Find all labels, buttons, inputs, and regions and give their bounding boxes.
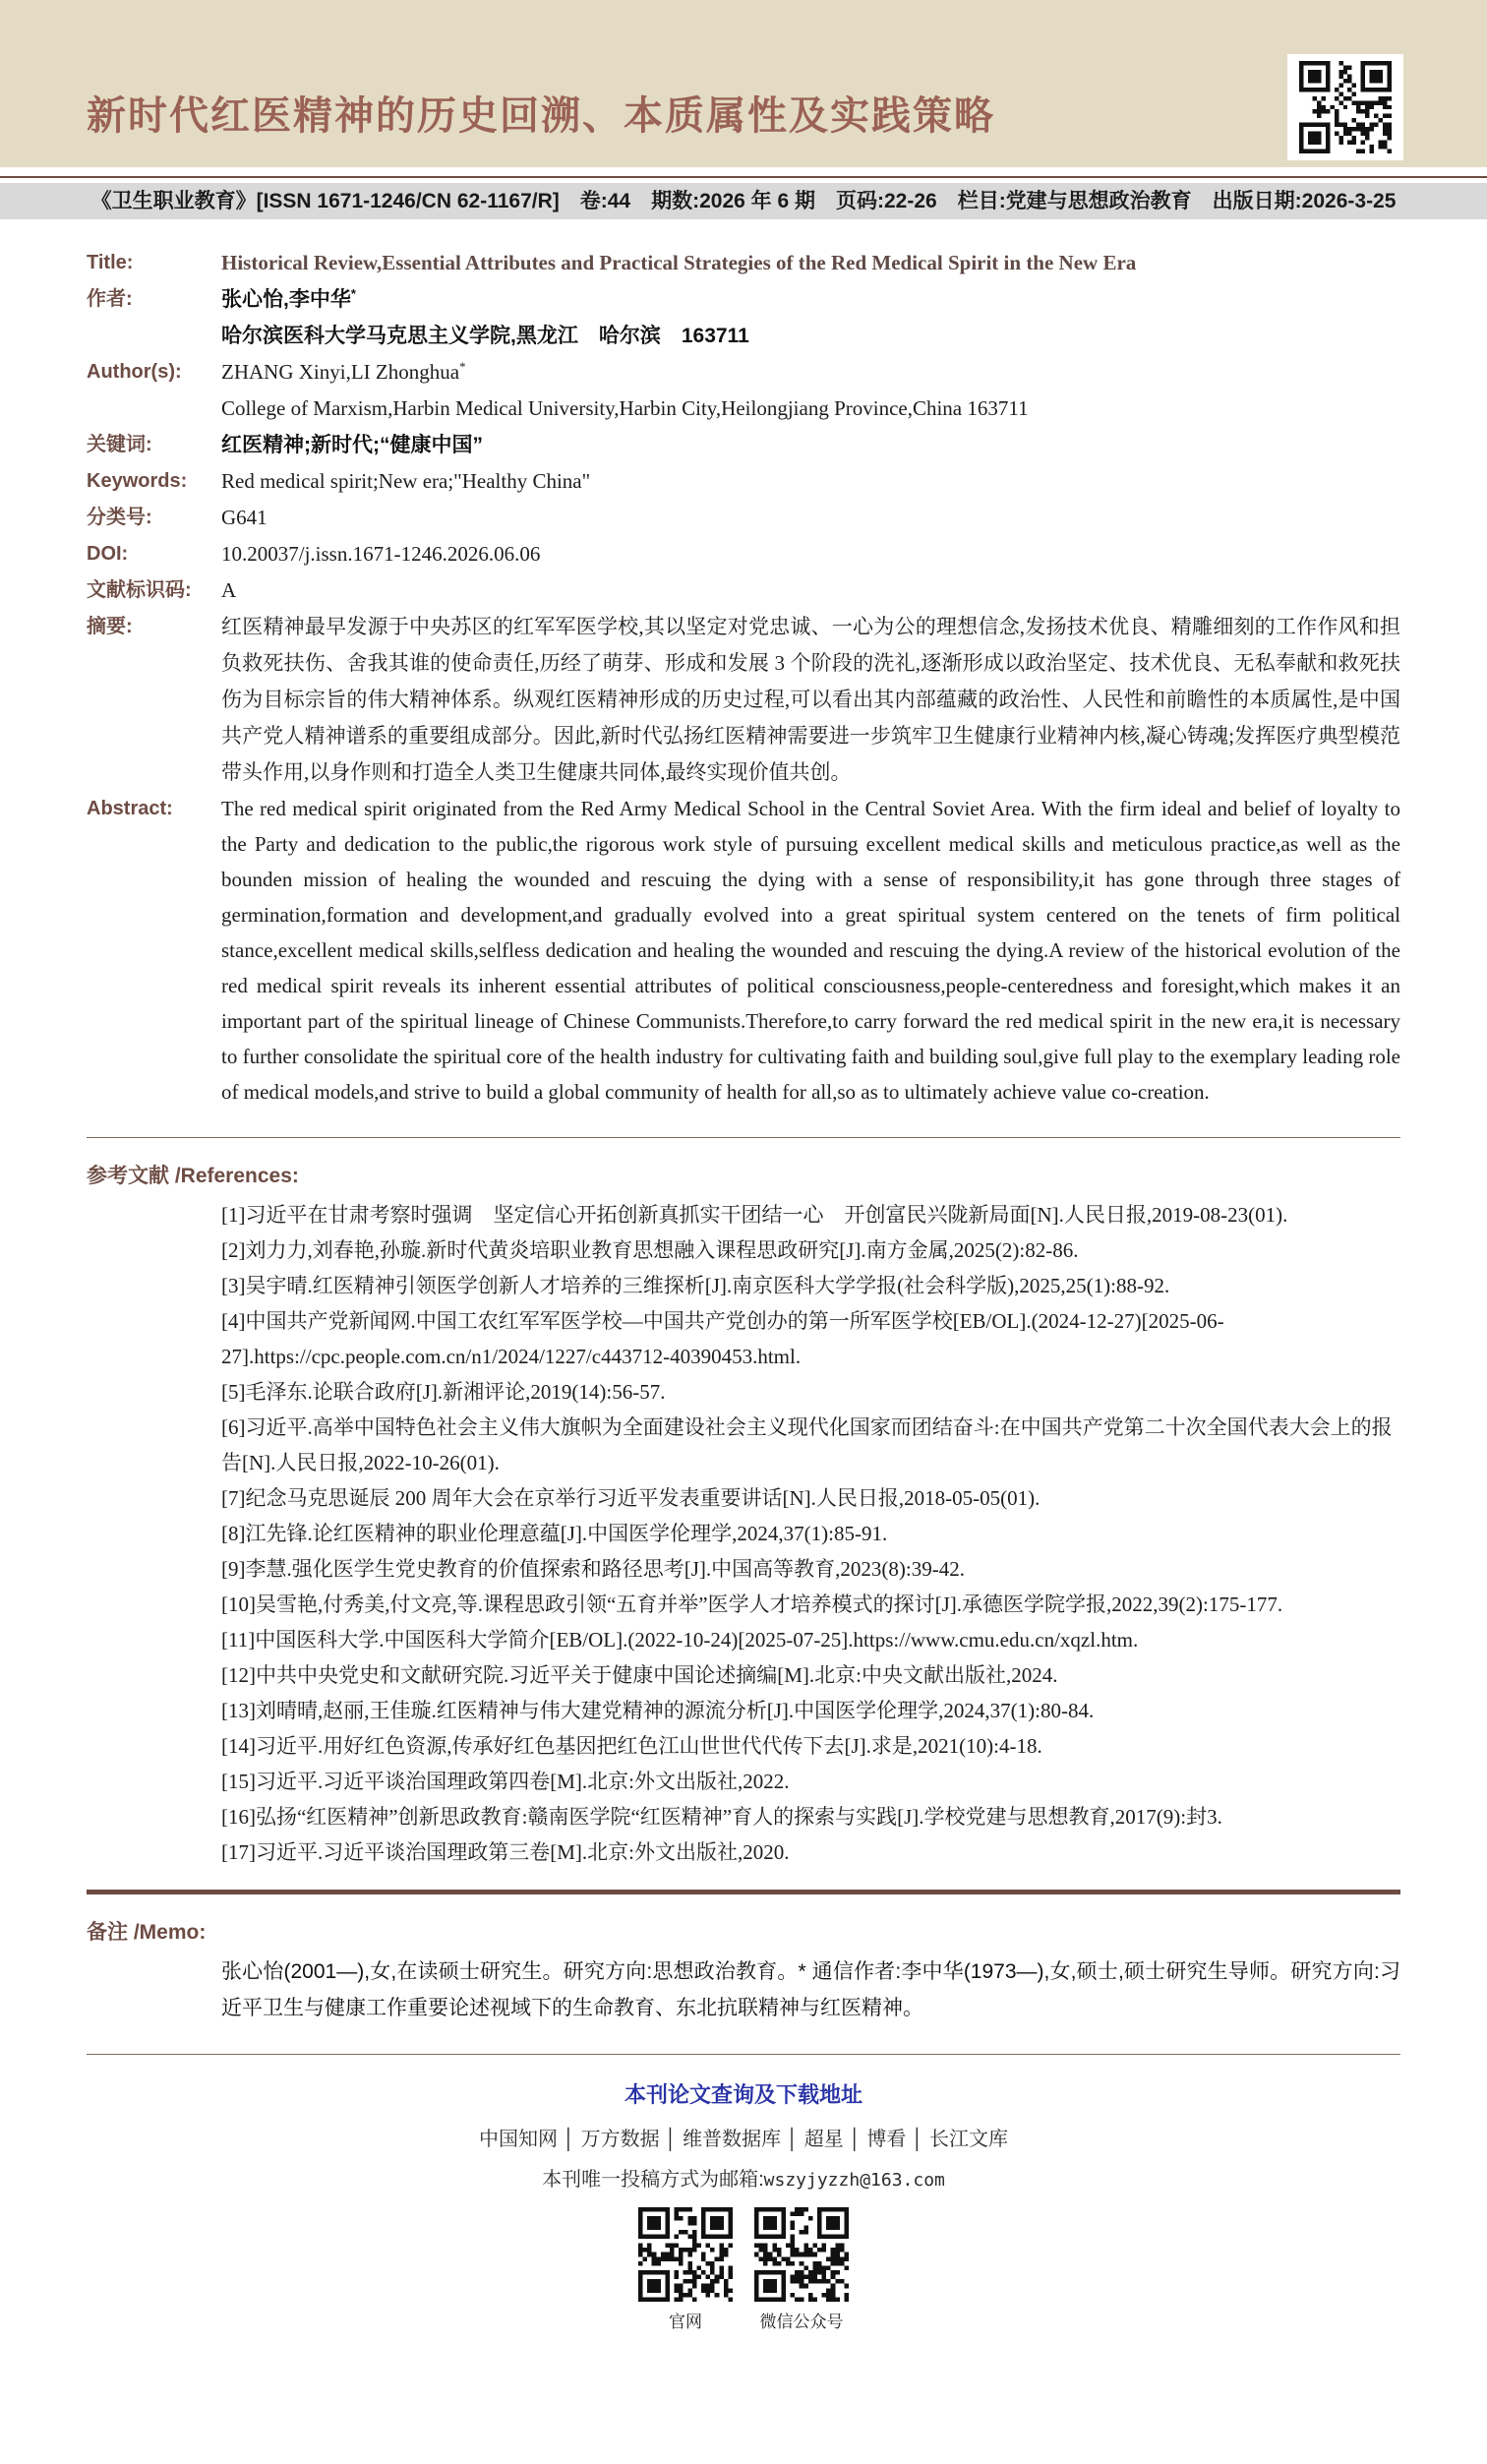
memo-divider-thick [87,1890,1400,1894]
reference-item: [7]纪念马克思诞辰 200 周年大会在京举行习近平发表重要讲话[N].人民日报… [221,1480,1400,1516]
meta-label-classification: 分类号: [87,500,221,536]
doi-value: 10.20037/j.issn.1671-1246.2026.06.06 [221,536,1400,572]
meta-row-authors-cn: 作者: 张心怡,李中华* 哈尔滨医科大学马克思主义学院,黑龙江 哈尔滨 1637… [87,281,1400,354]
meta-label-authors-en: Author(s): [87,354,221,391]
footer-qr-site: 官网 [638,2207,733,2332]
meta-row-keywords-cn: 关键词: 红医精神;新时代;“健康中国” [87,427,1400,463]
authors-en: ZHANG Xinyi,LI Zhonghua* [221,354,1400,391]
memo-heading: 备注 /Memo: [87,1916,1400,1946]
meta-row-title: Title: Historical Review,Essential Attri… [87,245,1400,281]
reference-item: [5]毛泽东.论联合政府[J].新湘评论,2019(14):56-57. [221,1374,1400,1410]
reference-item: [4]中国共产党新闻网.中国工农红军军医学校—中国共产党创办的第一所军医学校[E… [221,1303,1400,1374]
wechat-qr-label: 微信公众号 [754,2308,849,2332]
memo-text: 张心怡(2001—),女,在读硕士研究生。研究方向:思想政治教育。* 通信作者:… [87,1953,1400,2026]
document-code: A [221,572,1400,609]
site-qr-label: 官网 [638,2308,733,2332]
abstract-en: The red medical spirit originated from t… [221,791,1400,1110]
article-title: 新时代红医精神的历史回溯、本质属性及实践策略 [87,85,995,141]
meta-row-abstract-cn: 摘要: 红医精神最早发源于中央苏区的红军军医学校,其以坚定对党忠诚、一心为公的理… [87,609,1400,791]
meta-row-doi: DOI: 10.20037/j.issn.1671-1246.2026.06.0… [87,536,1400,572]
meta-label-document-code: 文献标识码: [87,572,221,609]
meta-label-keywords-en: Keywords: [87,463,221,500]
reference-item: [15]习近平.习近平谈治国理政第四卷[M].北京:外文出版社,2022. [221,1764,1400,1799]
reference-item: [14]习近平.用好红色资源,传承好红色基因把红色江山世世代代传下去[J].求是… [221,1728,1400,1764]
meta-row-authors-en: Author(s): ZHANG Xinyi,LI Zhonghua* Coll… [87,354,1400,427]
footer-email-prefix: 本刊唯一投稿方式为邮箱: [542,2169,764,2191]
meta-label-authors-cn: 作者: [87,281,221,318]
affiliation-cn: 哈尔滨医科大学马克思主义学院,黑龙江 哈尔滨 163711 [221,318,1400,354]
meta-label-keywords-cn: 关键词: [87,427,221,463]
site-qr-code [638,2207,733,2302]
footer-qr-wechat: 微信公众号 [754,2207,849,2332]
reference-item: [16]弘扬“红医精神”创新思政教育:赣南医学院“红医精神”育人的探索与实践[J… [221,1799,1400,1834]
reference-item: [12]中共中央党史和文献研究院.习近平关于健康中国论述摘编[M].北京:中央文… [221,1657,1400,1693]
wechat-qr-code [754,2207,849,2302]
reference-item: [6]习近平.高举中国特色社会主义伟大旗帜为全面建设社会主义现代化国家而团结奋斗… [221,1410,1400,1480]
footer-email-address: wszyjyzzh@163.com [764,2170,945,2191]
meta-row-keywords-en: Keywords: Red medical spirit;New era;"He… [87,463,1400,500]
memo-section: 备注 /Memo: 张心怡(2001—),女,在读硕士研究生。研究方向:思想政治… [87,1916,1400,2026]
reference-item: [8]江先锋.论红医精神的职业伦理意蕴[J].中国医学伦理学,2024,37(1… [221,1516,1400,1551]
references-section: 参考文献 /References: [1]习近平在甘肃考察时强调 坚定信心开拓创… [87,1160,1400,1870]
footer-databases: 中国知网 │ 万方数据 │ 维普数据库 │ 超星 │ 博看 │ 长江文库 [0,2123,1487,2151]
references-list: [1]习近平在甘肃考察时强调 坚定信心开拓创新真抓实干团结一心 开创富民兴陇新局… [87,1197,1400,1870]
reference-item: [17]习近平.习近平谈治国理政第三卷[M].北京:外文出版社,2020. [221,1834,1400,1870]
article-header: 新时代红医精神的历史回溯、本质属性及实践策略 [0,0,1487,167]
footer-heading: 本刊论文查询及下载地址 [0,2078,1487,2109]
meta-label-abstract-en: Abstract: [87,791,221,827]
reference-item: [9]李慧.强化医学生党史教育的价值探索和路径思考[J].中国高等教育,2023… [221,1551,1400,1587]
abstract-cn: 红医精神最早发源于中央苏区的红军军医学校,其以坚定对党忠诚、一心为公的理想信念,… [221,609,1400,791]
reference-item: [2]刘力力,刘春艳,孙璇.新时代黄炎培职业教育思想融入课程思政研究[J].南方… [221,1232,1400,1268]
header-divider [0,176,1487,178]
journal-info-bar: 《卫生职业教育》[ISSN 1671-1246/CN 62-1167/R] 卷:… [0,183,1487,219]
affiliation-en: College of Marxism,Harbin Medical Univer… [221,391,1400,427]
corresponding-author-mark-en: * [459,359,466,374]
reference-item: [1]习近平在甘肃考察时强调 坚定信心开拓创新真抓实干团结一心 开创富民兴陇新局… [221,1197,1400,1232]
reference-item: [11]中国医科大学.中国医科大学简介[EB/OL].(2022-10-24)[… [221,1622,1400,1657]
classification-code: G641 [221,500,1400,536]
reference-item: [10]吴雪艳,付秀美,付文亮,等.课程思政引领“五育并举”医学人才培养模式的探… [221,1587,1400,1622]
meta-value-title-en: Historical Review,Essential Attributes a… [221,245,1400,281]
footer-email-line: 本刊唯一投稿方式为邮箱:wszyjyzzh@163.com [0,2163,1487,2192]
article-qr-code [1287,54,1403,160]
meta-label-doi: DOI: [87,536,221,572]
meta-label-title: Title: [87,245,221,281]
authors-cn: 张心怡,李中华* [221,281,1400,318]
keywords-cn: 红医精神;新时代;“健康中国” [221,427,1400,463]
metadata-section: Title: Historical Review,Essential Attri… [87,245,1400,1110]
references-divider [87,1137,1400,1138]
references-heading: 参考文献 /References: [87,1160,1400,1189]
corresponding-author-mark: * [351,286,356,301]
meta-row-document-code: 文献标识码: A [87,572,1400,609]
footer-qr-row: 官网 微信公众号 [0,2207,1487,2332]
reference-item: [13]刘晴晴,赵丽,王佳璇.红医精神与伟大建党精神的源流分析[J].中国医学伦… [221,1693,1400,1728]
meta-row-abstract-en: Abstract: The red medical spirit origina… [87,791,1400,1110]
footer: 本刊论文查询及下载地址 中国知网 │ 万方数据 │ 维普数据库 │ 超星 │ 博… [0,2078,1487,2362]
keywords-en: Red medical spirit;New era;"Healthy Chin… [221,463,1400,500]
meta-row-classification: 分类号: G641 [87,500,1400,536]
meta-label-abstract-cn: 摘要: [87,609,221,645]
reference-item: [3]吴宇晴.红医精神引领医学创新人才培养的三维探析[J].南京医科大学学报(社… [221,1268,1400,1303]
footer-divider [87,2054,1400,2055]
